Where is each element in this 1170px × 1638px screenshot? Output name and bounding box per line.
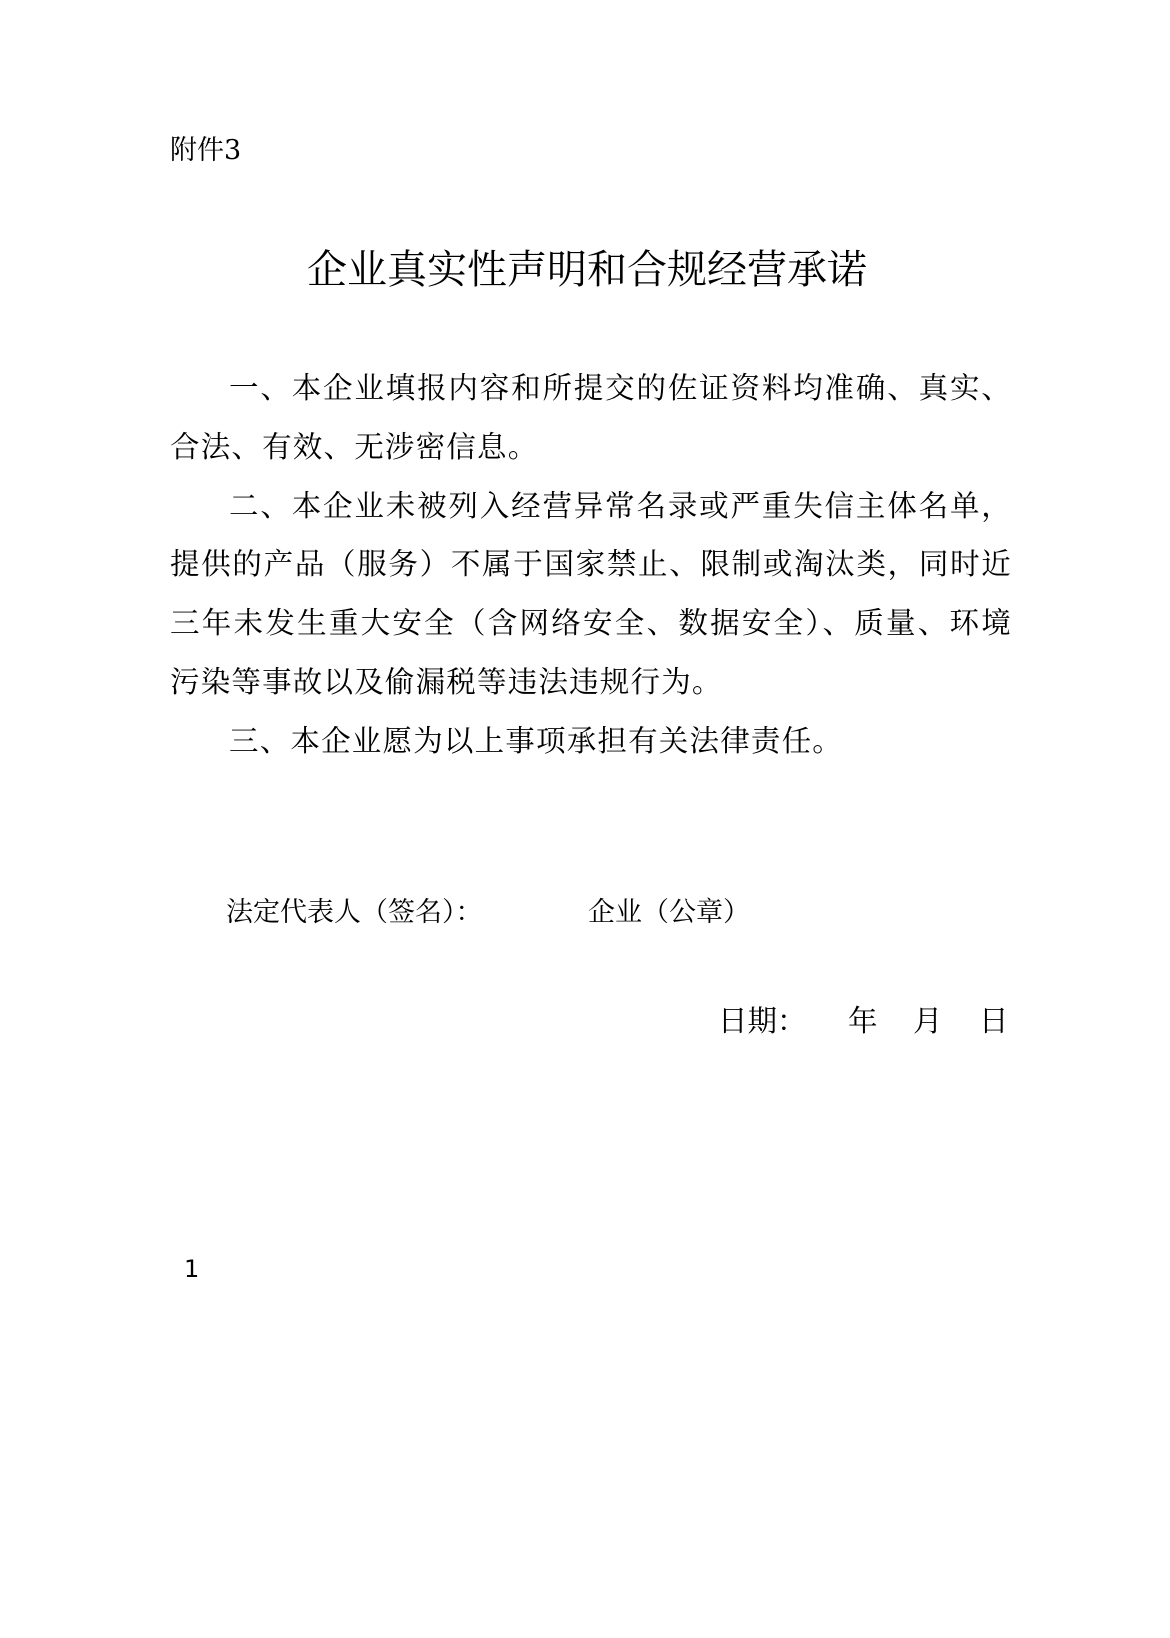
date-month-label: 月 [913,1000,979,1042]
document-title: 企业真实性声明和合规经营承诺 [0,242,1170,298]
declaration-paragraph-2: 二、本企业未被列入经营异常名录或严重失信主体名单，提供的产品（服务）不属于国家禁… [170,477,1012,712]
page-number: 1 [184,1254,199,1284]
date-label: 日期： [718,1000,848,1042]
date-line: 日期： 年 月 日 [718,1000,1019,1042]
company-seal-label: 企业（公章） [588,893,750,933]
declaration-body: 一、本企业填报内容和所提交的佐证资料均准确、真实、合法、有效、无涉密信息。 二、… [170,359,1012,771]
date-year-label: 年 [848,1000,913,1042]
date-day-label: 日 [979,1000,1019,1042]
declaration-paragraph-3: 三、本企业愿为以上事项承担有关法律责任。 [170,712,1012,771]
legal-representative-signature-label: 法定代表人（签名）： [226,893,483,933]
declaration-paragraph-1: 一、本企业填报内容和所提交的佐证资料均准确、真实、合法、有效、无涉密信息。 [170,359,1012,477]
attachment-label: 附件3 [170,131,241,171]
document-page: 附件3 企业真实性声明和合规经营承诺 一、本企业填报内容和所提交的佐证资料均准确… [0,0,1170,1638]
